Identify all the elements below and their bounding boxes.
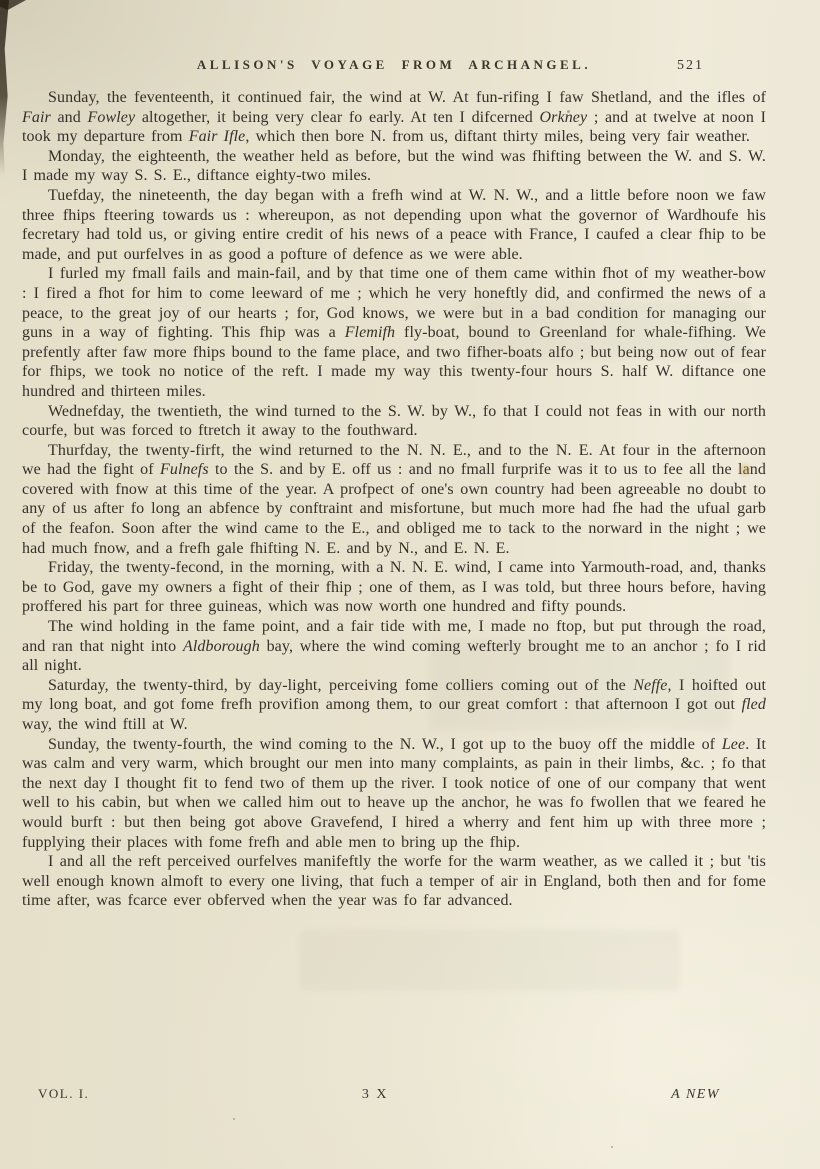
- text-run: altogether, it being very clear fo early…: [135, 109, 539, 126]
- ink-bleedthrough: [470, 300, 750, 360]
- catchword: A NEW: [671, 1087, 766, 1103]
- text-run: , which then bore N. from us, diftant th…: [245, 128, 750, 145]
- text-run: and: [51, 109, 88, 126]
- italic-text-run: Aldborough: [183, 638, 260, 655]
- page: ALLISON'S VOYAGE FROM ARCHANGEL. 521 Sun…: [0, 0, 820, 1169]
- ink-bleedthrough: [430, 640, 730, 730]
- paper-speck: [233, 1118, 235, 1120]
- running-title: ALLISON'S VOYAGE FROM ARCHANGEL.: [22, 57, 766, 73]
- paragraph: I and all the reft perceived ourfelves m…: [22, 852, 766, 911]
- italic-text-run: Fowley: [88, 109, 136, 126]
- ink-bleedthrough: [300, 930, 680, 990]
- page-footer: VOL. I. 3 X A NEW: [22, 1086, 766, 1103]
- text-run: Monday, the eighteenth, the weather held…: [22, 148, 766, 185]
- text-run: way, the wind ftill at W.: [22, 716, 188, 733]
- text-run: Friday, the twenty-fecond, in the mornin…: [22, 559, 766, 615]
- italic-text-run: fled: [742, 696, 766, 713]
- paragraph: Wednefday, the twentieth, the wind turne…: [22, 402, 766, 441]
- paper-speck: [567, 110, 570, 113]
- paragraph: Tuefday, the nineteenth, the day began w…: [22, 186, 766, 264]
- text-run: Tuefday, the nineteenth, the day began w…: [22, 187, 766, 263]
- signature-mark: 3 X: [362, 1087, 389, 1103]
- paragraph: Sunday, the twenty-fourth, the wind comi…: [22, 735, 766, 853]
- volume-label: VOL. I.: [22, 1086, 89, 1102]
- paragraph: Sunday, the feventeenth, it continued fa…: [22, 88, 766, 147]
- text-run: Sunday, the feventeenth, it continued fa…: [48, 89, 766, 106]
- text-run: I and all the reft perceived ourfelves m…: [22, 853, 766, 909]
- paragraph: Thurfday, the twenty-firft, the wind ret…: [22, 441, 766, 559]
- italic-text-run: Fulnefs: [160, 461, 209, 478]
- text-run: Wednefday, the twentieth, the wind turne…: [22, 403, 766, 440]
- paragraph: Monday, the eighteenth, the weather held…: [22, 147, 766, 186]
- paper-speck: [611, 1146, 613, 1148]
- page-number: 521: [677, 58, 704, 74]
- italic-text-run: Fair Ifle: [189, 128, 246, 145]
- paper-stain: [738, 462, 752, 478]
- italic-text-run: Flemifh: [345, 324, 395, 341]
- italic-text-run: Fair: [22, 109, 51, 126]
- paragraph: Friday, the twenty-fecond, in the mornin…: [22, 558, 766, 617]
- page-header: ALLISON'S VOYAGE FROM ARCHANGEL. 521: [22, 57, 766, 79]
- text-run: Sunday, the twenty-fourth, the wind comi…: [48, 736, 722, 753]
- italic-text-run: Lee: [722, 736, 745, 753]
- page-edge-shadow: [0, 0, 9, 175]
- italic-text-run: Orkney: [540, 109, 588, 126]
